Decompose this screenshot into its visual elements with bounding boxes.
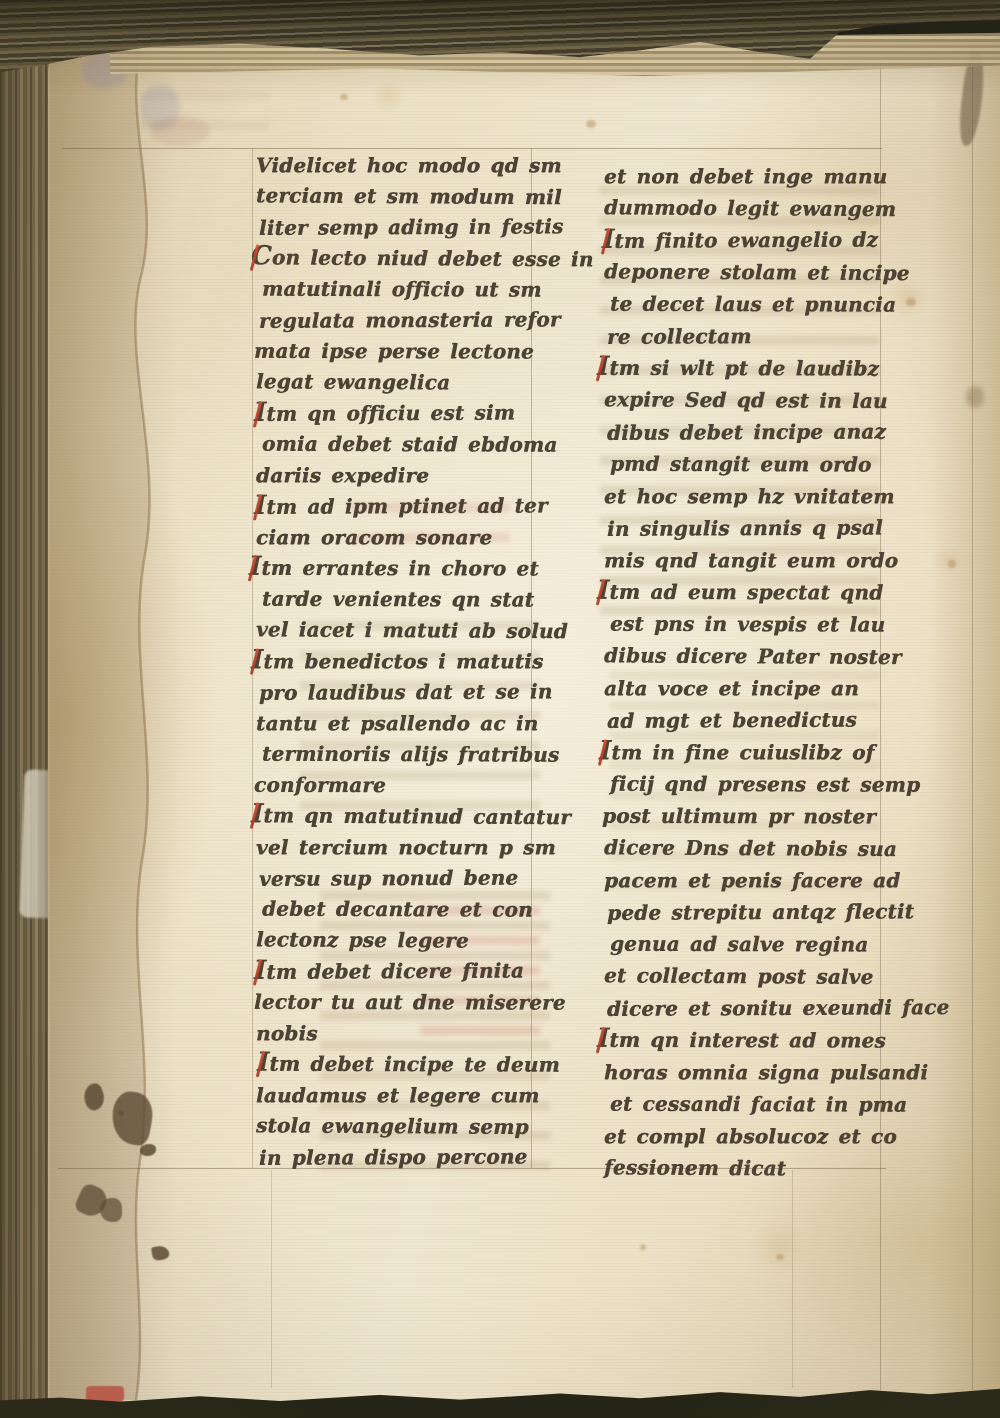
manuscript-line: dariis expedire — [256, 460, 542, 491]
manuscript-line: omia debet staid ebdoma — [262, 429, 548, 461]
manuscript-line: legat ewangelica — [256, 366, 542, 399]
manuscript-line: liter semp adimg in festis — [259, 211, 545, 243]
manuscript-line: ad mgt et benedictus — [607, 703, 893, 736]
manuscript-line: Itm ad ipm ptinet ad ter — [259, 490, 545, 522]
manuscript-line: et non debet inge manu — [604, 160, 890, 192]
manuscript-line: stola ewangelium semp — [256, 1110, 542, 1143]
manuscript-photo: Videlicet hoc modo qd smterciam et sm mo… — [0, 0, 1000, 1418]
red-stamp — [86, 1386, 124, 1402]
manuscript-line: pede strepitu antqz flectit — [607, 895, 893, 928]
manuscript-line: Itm ad eum spectat qnd — [602, 576, 888, 609]
ink-speck — [118, 1110, 124, 1116]
manuscript-line: laudamus et legere cum — [256, 1080, 542, 1111]
manuscript-line: Itm debet dicere finita — [259, 955, 545, 987]
manuscript-line: Con lecto niud debet esse in — [256, 242, 542, 275]
foxing-spot — [640, 1244, 646, 1250]
manuscript-line: in plena dispo percone — [259, 1141, 545, 1173]
manuscript-line: vel tercium nocturn p sm — [256, 832, 542, 863]
rubricated-initial: C — [251, 243, 272, 269]
manuscript-line: Itm errantes in choro et — [254, 553, 540, 585]
manuscript-line: genua ad salve regina — [610, 928, 896, 961]
manuscript-line: regulata monasteria refor — [259, 304, 545, 336]
manuscript-line: lectonz pse legere — [256, 924, 542, 957]
manuscript-line: est pns in vespis et lau — [610, 608, 896, 641]
manuscript-line: Itm in fine cuiuslibz of — [604, 736, 890, 768]
foxing-spot — [340, 94, 348, 100]
manuscript-line: conformare — [254, 770, 540, 802]
manuscript-line: debet decantare et con — [262, 894, 548, 926]
foxing-spot — [776, 1254, 784, 1260]
manuscript-line: pacem et penis facere ad — [604, 864, 890, 896]
rubricated-initial: I — [602, 227, 615, 253]
foxing-spot — [906, 298, 916, 306]
page-crease-2 — [792, 1170, 793, 1388]
manuscript-line: et cessandi faciat in pma — [610, 1088, 896, 1121]
rubricated-initial: I — [251, 647, 263, 673]
manuscript-line: dicere Dns det nobis sua — [604, 831, 890, 865]
rubricated-initial: I — [251, 801, 264, 827]
manuscript-line: et hoc semp hz vnitatem — [604, 480, 890, 512]
foxing-spot — [586, 120, 596, 128]
manuscript-line: Videlicet hoc modo qd sm — [256, 150, 542, 181]
manuscript-line: ficij qnd presens est semp — [610, 768, 896, 801]
manuscript-line: Itm qn officiu est sim — [259, 397, 545, 429]
manuscript-line: in singulis annis q psal — [607, 511, 893, 544]
rubricated-initial: I — [599, 738, 611, 764]
manuscript-line: mis qnd tangit eum ordo — [604, 544, 890, 576]
rubricated-initial: I — [597, 578, 609, 604]
manuscript-line: tarde venientes qn stat — [262, 584, 548, 616]
rubricated-initial: I — [254, 958, 267, 984]
manuscript-line: Itm benedictos i matutis — [256, 646, 542, 677]
manuscript-line: post ultimum pr noster — [602, 800, 888, 833]
manuscript-line: versu sup nonud bene — [259, 862, 545, 894]
manuscript-line: pro laudibus dat et se in — [259, 676, 545, 708]
rubricated-initial: I — [597, 354, 609, 380]
text-column-right: et non debet inge manudummodo legit ewan… — [604, 160, 890, 1184]
ruling-line-top — [62, 148, 882, 149]
ink-blot — [100, 1198, 122, 1222]
manuscript-line: terminoriis alijs fratribus — [262, 739, 548, 771]
manuscript-line: dibus dicere Pater noster — [604, 639, 890, 673]
rubricated-initial: I — [597, 1026, 609, 1052]
manuscript-line: Itm si wlt pt de laudibz — [602, 352, 888, 385]
manuscript-line: tantu et psallendo ac in — [256, 708, 542, 739]
rubricated-initial: I — [257, 1049, 269, 1075]
manuscript-line: Itm qn interest ad omes — [602, 1024, 888, 1057]
manuscript-line: mata ipse perse lectone — [254, 336, 540, 368]
red-smudge — [150, 116, 210, 146]
page-crease-1 — [271, 1170, 272, 1388]
manuscript-line: alta voce et incipe an — [604, 672, 890, 704]
manuscript-line: dibus debet incipe anaz — [607, 415, 893, 448]
foxing-spot — [948, 560, 956, 568]
manuscript-line: et compl absolucoz et co — [604, 1120, 890, 1152]
manuscript-line: horas omnia signa pulsandi — [604, 1056, 890, 1088]
brown-smudge — [966, 386, 984, 408]
manuscript-line: pmd stangit eum ordo — [610, 448, 896, 481]
manuscript-line: vel iacet i matuti ab solud — [256, 614, 542, 647]
manuscript-line: lector tu aut dne miserere — [254, 987, 540, 1019]
rubricated-initial: I — [249, 554, 261, 580]
fore-edge-fold — [972, 44, 973, 1390]
manuscript-line: terciam et sm modum mil — [256, 180, 542, 213]
manuscript-line: matutinali officio ut sm — [262, 274, 548, 306]
manuscript-line: Itm debet incipe te deum — [262, 1049, 548, 1081]
manuscript-line: Itm finito ewangelio dz — [607, 223, 893, 256]
manuscript-line: dummodo legit ewangem — [604, 191, 890, 225]
manuscript-line: re collectam — [607, 319, 893, 352]
rubricated-initial: I — [254, 400, 267, 426]
manuscript-line: ciam oracom sonare — [256, 522, 542, 553]
manuscript-line: fessionem dicat — [604, 1151, 890, 1185]
manuscript-line: te decet laus et pnuncia — [610, 288, 896, 321]
manuscript-line: dicere et sonitu exeundi face — [607, 991, 893, 1024]
text-column-left: Videlicet hoc modo qd smterciam et sm mo… — [256, 150, 542, 1173]
rubricated-initial: I — [254, 493, 267, 519]
manuscript-line: et collectam post salve — [604, 959, 890, 993]
manuscript-line: nobis — [256, 1018, 542, 1049]
manuscript-line: Itm qn matutinud cantatur — [256, 800, 542, 833]
manuscript-line: deponere stolam et incipe — [604, 255, 890, 289]
manuscript-line: expire Sed qd est in lau — [604, 383, 890, 417]
fore-edge-shadow — [930, 36, 1000, 1408]
